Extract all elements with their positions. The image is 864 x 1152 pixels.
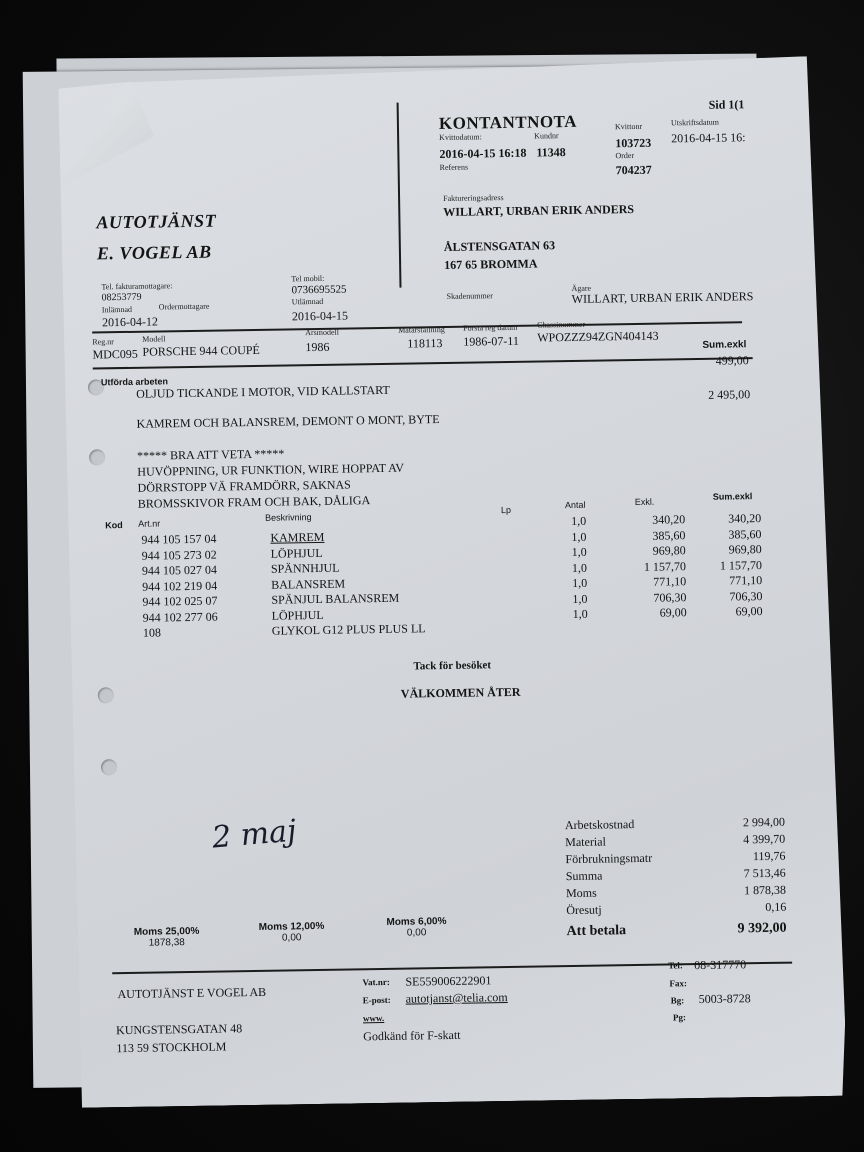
vat-rate-value: 1878,38 <box>117 937 217 950</box>
col-sum-excl: Sum.exkl <box>713 491 753 502</box>
part-article-number: 108 <box>143 625 161 640</box>
part-sum-excl: 340,20 <box>681 511 761 527</box>
part-description: GLYKOL G12 PLUS PLUS LL <box>272 621 426 638</box>
totals-block: Arbetskostnad 2 994,00 Material 4 399,70… <box>565 814 807 968</box>
total-value: 119,76 <box>753 849 786 865</box>
folded-corner <box>58 77 155 193</box>
parts-table: Kod Art.nr Beskrivning Lp Antal Exkl. Su… <box>65 496 839 658</box>
part-sum-excl: 969,80 <box>682 542 762 558</box>
col-description: Beskrivning <box>265 512 312 523</box>
receipt-number-label: Kvittonr <box>615 122 642 131</box>
part-price-excl: 706,30 <box>606 590 686 606</box>
delivered-label: Utlämnad <box>292 297 324 306</box>
part-price-excl: 969,80 <box>606 543 686 559</box>
part-description: KAMREM <box>270 530 324 546</box>
work-amount-2: 2 495,00 <box>708 387 750 403</box>
part-quantity: 1,0 <box>572 576 587 591</box>
footer-company: AUTOTJÄNST E VOGEL AB <box>117 985 266 1002</box>
receipt-document: Sid 1(1 KONTANTNOTA Kvittodatum: 2016-04… <box>58 56 846 1108</box>
amount-due-row: Att betala 9 392,00 <box>567 921 787 940</box>
billing-name: WILLART, URBAN ERIK ANDERS <box>443 202 634 220</box>
col-quantity: Antal <box>565 500 586 510</box>
tel-invoice-label: Tel. fakturamottagare: <box>101 281 172 291</box>
model-label: Modell <box>142 334 165 343</box>
footer-street: KUNGSTENSGATAN 48 <box>116 1021 242 1038</box>
total-label: Förbrukningsmatr <box>565 851 652 867</box>
part-article-number: 944 105 273 02 <box>142 547 217 563</box>
chassis-number: WPOZZZ94ZGN404143 <box>537 329 659 346</box>
order-receiver-label: Ordermottagare <box>159 302 210 312</box>
work-item-1: OLJUD TICKANDE I MOTOR, VID KALLSTART <box>136 383 390 402</box>
order-number: 704237 <box>616 163 652 179</box>
part-quantity: 1,0 <box>571 514 586 529</box>
part-description: LÖPHJUL <box>271 545 323 561</box>
vehicle-year: 1986 <box>305 340 329 355</box>
vat-rate-value: 0,00 <box>367 927 467 940</box>
submitted-label: Inlämnad <box>102 305 132 314</box>
part-price-excl: 771,10 <box>606 574 686 590</box>
total-value: 4 399,70 <box>743 832 785 848</box>
total-value: 7 513,46 <box>744 866 786 882</box>
first-reg-date: 1986-07-11 <box>463 334 519 350</box>
part-price-excl: 69,00 <box>607 605 687 621</box>
first-reg-label: Första reg datum <box>463 323 517 333</box>
tel-invoice: 08253779 <box>102 292 142 304</box>
plusgiro-label: Pg: <box>673 1012 686 1022</box>
part-sum-excl: 706,30 <box>682 589 762 605</box>
welcome-text: VÄLKOMMEN ÅTER <box>401 685 521 702</box>
part-description: SPÄNJUL BALANSREM <box>271 591 399 608</box>
handwritten-note: 2 maj <box>211 813 298 855</box>
f-tax-approval: Godkänd för F-skatt <box>363 1028 461 1045</box>
vat-rate-value: 0,00 <box>242 932 342 945</box>
order-label: Order <box>615 151 634 160</box>
page-indicator: Sid 1(1 <box>709 97 745 113</box>
email-label: E-post: <box>363 995 391 1005</box>
part-article-number: 944 102 277 06 <box>143 609 218 625</box>
total-value: 1 878,38 <box>744 883 786 899</box>
col-kod: Kod <box>105 520 123 530</box>
total-row: Öresutj 0,16 <box>566 900 786 919</box>
part-price-excl: 1 157,70 <box>606 559 686 575</box>
total-label: Arbetskostnad <box>565 817 635 833</box>
vat-breakdown: Moms 25,00% 1878,38 Moms 12,00% 0,00 Mom… <box>117 922 478 968</box>
vat-rate: Moms 25,00% 1878,38 <box>117 926 217 950</box>
mobile-label: Tel mobil: <box>291 274 324 284</box>
punch-hole <box>98 687 114 703</box>
mobile-number: 0736695525 <box>291 283 346 296</box>
part-quantity: 1,0 <box>572 591 587 606</box>
vat-rate: Moms 6,00% 0,00 <box>366 916 466 940</box>
vat-number-label: Vat.nr: <box>362 977 390 987</box>
part-article-number: 944 102 219 04 <box>142 578 217 594</box>
part-sum-excl: 385,60 <box>681 527 761 543</box>
col-artnr: Art.nr <box>138 518 160 528</box>
bankgiro-label: Bg: <box>671 995 685 1005</box>
header-divider <box>397 103 401 288</box>
receipt-number: 103723 <box>615 136 651 152</box>
amount-due-label: Att betala <box>567 923 627 940</box>
total-label: Öresutj <box>566 903 602 919</box>
vehicle-model: PORSCHE 944 COUPÉ <box>142 343 260 360</box>
part-description: LÖPHJUL <box>272 607 324 623</box>
col-excl: Exkl. <box>635 497 655 507</box>
bankgiro-number: 5003-8728 <box>699 991 751 1007</box>
tel-label: Tel: <box>668 960 683 970</box>
receipt-date: 2016-04-15 16:18 <box>439 146 526 162</box>
footer-city: 113 59 STOCKHOLM <box>116 1039 226 1056</box>
tel-number: 08-317770 <box>694 957 746 973</box>
part-sum-excl: 69,00 <box>683 604 763 620</box>
total-label: Material <box>565 834 606 850</box>
reg-label: Reg.nr <box>92 337 114 346</box>
part-article-number: 944 102 025 07 <box>142 594 217 610</box>
part-quantity: 1,0 <box>571 529 586 544</box>
total-label: Moms <box>566 886 597 901</box>
submitted-date: 2016-04-12 <box>102 314 158 330</box>
billing-city: 167 65 BROMMA <box>444 256 538 272</box>
sum-excl-header: Sum.exkl <box>702 339 746 351</box>
fax-label: Fax: <box>669 978 687 988</box>
part-description: BALANSREM <box>271 576 345 592</box>
odometer-value: 118113 <box>407 336 442 352</box>
print-date-label: Utskriftsdatum <box>671 118 719 128</box>
receipt-date-label: Kvittodatum: <box>439 132 482 142</box>
delivered-date: 2016-04-15 <box>292 308 348 324</box>
owner-name: WILLART, URBAN ERIK ANDERS <box>572 289 754 307</box>
part-price-excl: 340,20 <box>605 512 685 528</box>
chassis-label: Chassinummer <box>537 320 585 330</box>
year-label: Årsmodell <box>305 328 339 338</box>
amount-due-value: 9 392,00 <box>737 921 786 938</box>
company-name-line2: E. VOGEL AB <box>97 242 212 265</box>
total-value: 2 994,00 <box>743 815 785 831</box>
part-article-number: 944 105 027 04 <box>142 563 217 579</box>
col-lp: Lp <box>501 505 511 515</box>
part-description: SPÄNNHJUL <box>271 561 340 577</box>
punch-hole <box>101 759 117 775</box>
email-link[interactable]: autotjanst@telia.com <box>406 990 508 1007</box>
notes-title: ***** BRA ATT VETA ***** <box>137 446 284 463</box>
part-article-number: 944 105 157 04 <box>141 532 216 548</box>
reg-number: MDC095 <box>92 347 138 363</box>
work-item-2: KAMREM OCH BALANSREM, DEMONT O MONT, BYT… <box>136 412 439 432</box>
work-amount-1: 499,00 <box>716 353 749 369</box>
website-label: www. <box>363 1013 384 1023</box>
vat-rate: Moms 12,00% 0,00 <box>241 921 341 945</box>
note-1: HUVÖPPNING, UR FUNKTION, WIRE HOPPAT AV <box>137 461 404 480</box>
total-value: 0,16 <box>765 900 786 915</box>
customer-number: 11348 <box>536 145 566 160</box>
print-date: 2016-04-15 16: <box>671 130 746 146</box>
part-quantity: 1,0 <box>573 607 588 622</box>
billing-address-label: Faktureringsadress <box>443 193 504 203</box>
company-name-line1: AUTOTJÄNST <box>96 211 216 234</box>
reference-label: Referens <box>440 163 469 172</box>
divider-line <box>93 357 753 369</box>
part-quantity: 1,0 <box>572 545 587 560</box>
billing-street: ÅLSTENSGATAN 63 <box>444 238 555 255</box>
part-sum-excl: 771,10 <box>682 573 762 589</box>
odometer-label: Mätarställning <box>398 325 445 335</box>
part-quantity: 1,0 <box>572 560 587 575</box>
customer-number-label: Kundnr <box>534 131 559 140</box>
vat-number: SE559006222901 <box>405 973 491 989</box>
thanks-text: Tack för besöket <box>413 659 491 672</box>
claim-number-label: Skadenummer <box>447 291 493 301</box>
part-price-excl: 385,60 <box>605 528 685 544</box>
part-sum-excl: 1 157,70 <box>682 558 762 574</box>
total-label: Summa <box>566 869 603 885</box>
punch-hole <box>89 449 105 465</box>
